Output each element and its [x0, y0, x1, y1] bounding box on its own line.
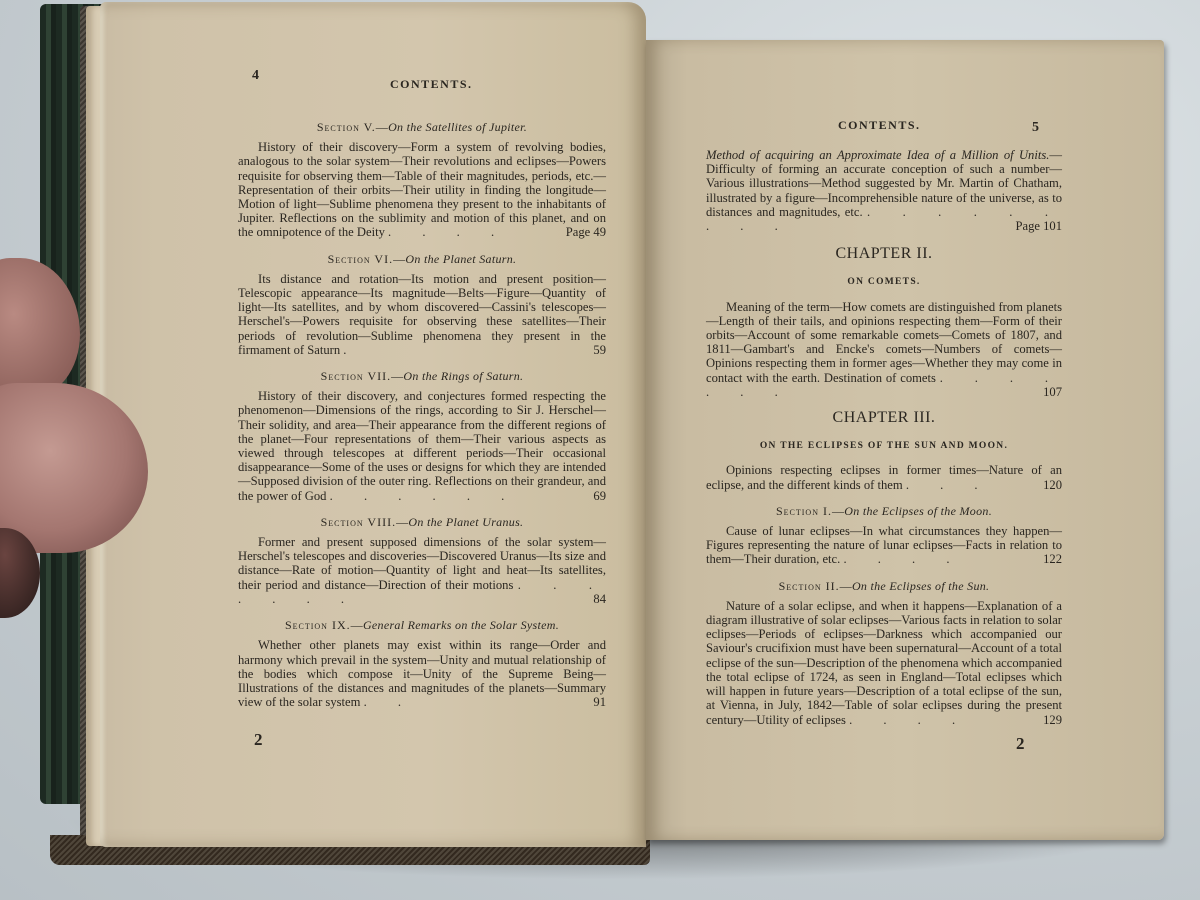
toc-section: Section I.—On the Eclipses of the Moon. … [706, 504, 1062, 567]
dot-leader: . . . . [843, 552, 963, 566]
dot-leader: . . . . [849, 713, 969, 727]
entry-text: Opinions respecting eclipses in former t… [706, 463, 1062, 491]
section-label: Section V. [317, 120, 376, 134]
toc-entry[interactable]: Meaning of the term—How comets are disti… [706, 300, 1062, 399]
page-reference: 91 [573, 695, 606, 709]
left-page: 4 CONTENTS. Section V.—On the Satellites… [100, 2, 646, 847]
section-label: Section VII. [321, 369, 391, 383]
toc-entry[interactable]: Cause of lunar eclipses—In what circumst… [706, 524, 1062, 567]
toc-entry[interactable]: Former and present supposed dimensions o… [238, 535, 606, 606]
toc-entry[interactable]: Whether other planets may exist within i… [238, 638, 606, 709]
contents-column: Section V.—On the Satellites of Jupiter.… [238, 120, 606, 721]
page-reference: 107 [1023, 385, 1062, 399]
running-head: CONTENTS. [390, 77, 473, 92]
contents-column: Method of acquiring an Approximate Idea … [706, 148, 1062, 739]
page-reference: 69 [573, 489, 606, 503]
page-reference: 59 [573, 343, 606, 357]
dot-leader: . [343, 343, 360, 357]
section-label: Section I. [776, 504, 832, 518]
toc-entry[interactable]: Its distance and rotation—Its motion and… [238, 272, 606, 357]
toc-section: Section IX.—General Remarks on the Solar… [238, 618, 606, 709]
section-title: General Remarks on the Solar System. [363, 618, 559, 632]
right-page: CONTENTS. 5 Method of acquiring an Appro… [646, 40, 1164, 840]
chapter-title: CHAPTER II. [706, 247, 1062, 261]
signature-mark: 2 [254, 730, 263, 750]
section-label: Section VIII. [321, 515, 396, 529]
chapter-subtitle: ON THE ECLIPSES OF THE SUN AND MOON. [706, 439, 1062, 453]
entry-italic-title: Method of acquiring an Approximate Idea … [706, 148, 1049, 162]
entry-text: History of their discovery, and conjectu… [238, 389, 606, 502]
section-title: On the Planet Saturn. [405, 252, 516, 266]
running-head: CONTENTS. [838, 118, 921, 133]
section-heading: Section V.—On the Satellites of Jupiter. [238, 120, 606, 134]
section-label: Section II. [779, 579, 840, 593]
page-reference: 129 [1023, 713, 1062, 727]
section-heading: Section IX.—General Remarks on the Solar… [238, 618, 606, 632]
toc-entry[interactable]: Opinions respecting eclipses in former t… [706, 463, 1062, 491]
chapter-block: CHAPTER II. ON COMETS. Meaning of the te… [706, 247, 1062, 399]
toc-entry[interactable]: Nature of a solar eclipse, and when it h… [706, 599, 1062, 727]
chapter-subtitle: ON COMETS. [706, 275, 1062, 289]
entry-text: Nature of a solar eclipse, and when it h… [706, 599, 1062, 727]
toc-section: Section V.—On the Satellites of Jupiter.… [238, 120, 606, 240]
page-reference: Page 49 [546, 225, 606, 239]
page-reference: Page 101 [1015, 219, 1062, 233]
signature-mark: 2 [1016, 734, 1025, 754]
entry-text: Whether other planets may exist within i… [238, 638, 606, 709]
section-label: Section VI. [328, 252, 393, 266]
entry-text: Its distance and rotation—Its motion and… [238, 272, 606, 357]
section-label: Section IX. [285, 618, 351, 632]
section-title: On the Planet Uranus. [408, 515, 523, 529]
section-title: On the Eclipses of the Sun. [852, 579, 989, 593]
dot-leader: . . . [906, 478, 992, 492]
toc-section: Section VII.—On the Rings of Saturn. His… [238, 369, 606, 503]
section-heading: Section VI.—On the Planet Saturn. [238, 252, 606, 266]
toc-entry[interactable]: History of their discovery—Form a system… [238, 140, 606, 239]
section-title: On the Eclipses of the Moon. [844, 504, 992, 518]
section-heading: Section II.—On the Eclipses of the Sun. [706, 579, 1062, 593]
toc-section: Section VIII.—On the Planet Uranus. Form… [238, 515, 606, 606]
section-title: On the Satellites of Jupiter. [388, 120, 527, 134]
page-reference: 122 [1023, 552, 1062, 566]
toc-section: Section II.—On the Eclipses of the Sun. … [706, 579, 1062, 727]
toc-entry[interactable]: History of their discovery, and conjectu… [238, 389, 606, 503]
toc-section: Section VI.—On the Planet Saturn. Its di… [238, 252, 606, 357]
page-reference: 84 [573, 592, 606, 606]
section-heading: Section VII.—On the Rings of Saturn. [238, 369, 606, 383]
chapter-block: CHAPTER III. ON THE ECLIPSES OF THE SUN … [706, 411, 1062, 727]
page-number: 4 [252, 68, 259, 84]
section-heading: Section VIII.—On the Planet Uranus. [238, 515, 606, 529]
dot-leader: . . . . [388, 225, 508, 239]
page-number: 5 [1032, 120, 1039, 136]
dot-leader: . . [364, 695, 415, 709]
dot-leader: . . . . . . [330, 489, 519, 503]
toc-entry[interactable]: Method of acquiring an Approximate Idea … [706, 148, 1062, 233]
section-title: On the Rings of Saturn. [403, 369, 523, 383]
chapter-title: CHAPTER III. [706, 411, 1062, 425]
section-heading: Section I.—On the Eclipses of the Moon. [706, 504, 1062, 518]
page-reference: 120 [1023, 478, 1062, 492]
